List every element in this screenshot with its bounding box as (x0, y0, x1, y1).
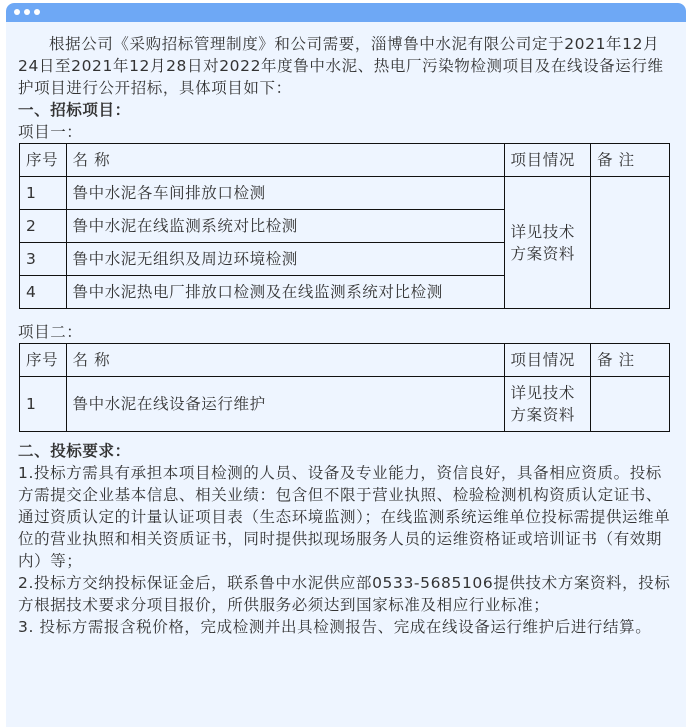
row-no: 2 (20, 210, 67, 243)
row-no: 1 (20, 377, 67, 432)
row-no: 3 (20, 243, 67, 276)
header-name: 名 称 (66, 144, 504, 177)
row-no: 4 (20, 276, 67, 309)
table-row: 1 鲁中水泥各车间排放口检测 详见技术方案资料 (20, 177, 670, 210)
project2-table: 序号 名 称 项目情况 备 注 1 鲁中水泥在线设备运行维护 详见技术方案资料 (19, 343, 670, 432)
row-no: 1 (20, 177, 67, 210)
article-card: 根据公司《采购招标管理制度》和公司需要，淄博鲁中水泥有限公司定于2021年12月… (6, 3, 686, 727)
window-dot-icon (34, 9, 40, 15)
header-status: 项目情况 (504, 344, 591, 377)
header-no: 序号 (20, 344, 67, 377)
requirement-item: 2.投标方交纳投标保证金后，联系鲁中水泥供应部0533-5685106提供技术方… (18, 572, 674, 616)
section1-heading: 一、招标项目： (18, 99, 674, 121)
intro-paragraph: 根据公司《采购招标管理制度》和公司需要，淄博鲁中水泥有限公司定于2021年12月… (18, 33, 674, 99)
header-no: 序号 (20, 144, 67, 177)
row-name: 鲁中水泥各车间排放口检测 (66, 177, 504, 210)
header-name: 名 称 (66, 344, 504, 377)
header-remark: 备 注 (591, 144, 670, 177)
row-name: 鲁中水泥热电厂排放口检测及在线监测系统对比检测 (66, 276, 504, 309)
requirement-item: 1.投标方需具有承担本项目检测的人员、设备及专业能力，资信良好，具备相应资质。投… (18, 462, 674, 572)
document-body: 根据公司《采购招标管理制度》和公司需要，淄博鲁中水泥有限公司定于2021年12月… (18, 22, 674, 638)
table-header-row: 序号 名 称 项目情况 备 注 (20, 344, 670, 377)
project1-table: 序号 名 称 项目情况 备 注 1 鲁中水泥各车间排放口检测 详见技术方案资料 … (19, 143, 670, 309)
row-status: 详见技术方案资料 (504, 377, 591, 432)
section2-heading: 二、投标要求： (18, 440, 674, 462)
project2-label: 项目二： (18, 321, 674, 343)
row-remark (591, 177, 670, 309)
window-titlebar (6, 3, 686, 22)
table-row: 1 鲁中水泥在线设备运行维护 详见技术方案资料 (20, 377, 670, 432)
project1-label: 项目一： (18, 121, 674, 143)
row-name: 鲁中水泥在线设备运行维护 (66, 377, 504, 432)
row-name: 鲁中水泥无组织及周边环境检测 (66, 243, 504, 276)
row-name: 鲁中水泥在线监测系统对比检测 (66, 210, 504, 243)
row-status: 详见技术方案资料 (504, 177, 591, 309)
window-dot-icon (14, 9, 20, 15)
header-remark: 备 注 (591, 344, 670, 377)
window-dot-icon (24, 9, 30, 15)
row-remark (591, 377, 670, 432)
requirement-item: 3. 投标方需报含税价格，完成检测并出具检测报告、完成在线设备运行维护后进行结算… (18, 616, 674, 638)
header-status: 项目情况 (504, 144, 591, 177)
table-header-row: 序号 名 称 项目情况 备 注 (20, 144, 670, 177)
